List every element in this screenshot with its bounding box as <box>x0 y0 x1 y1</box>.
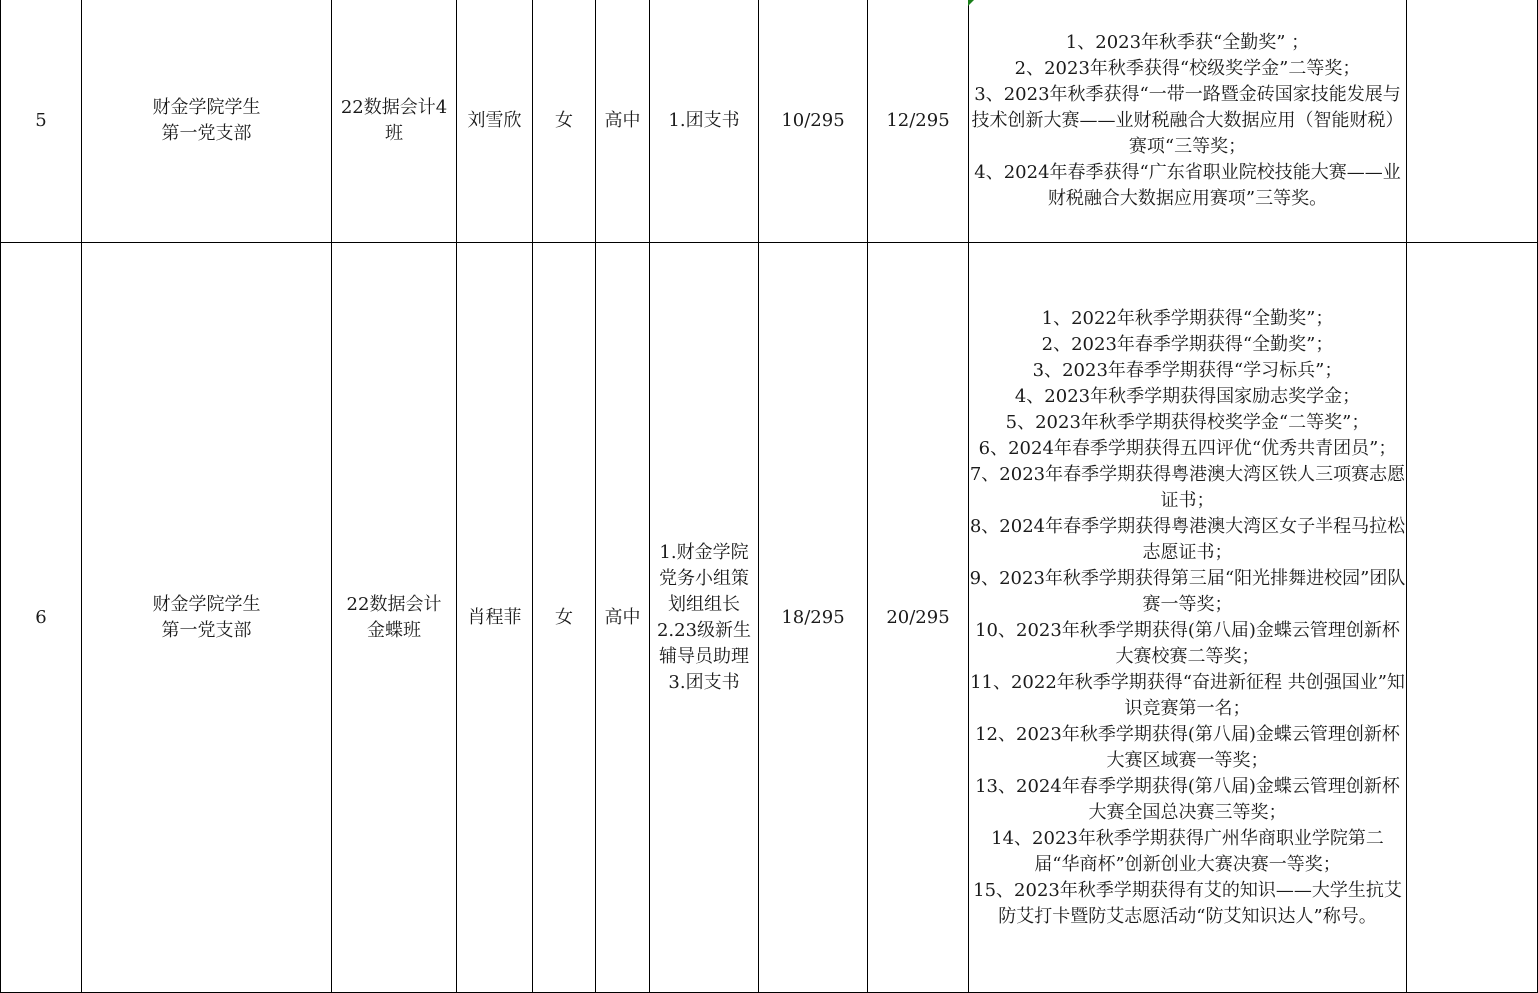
award-item: 4、2024年春季获得“广东省职业院校技能大赛——业财税融合大数据应用赛项”三等… <box>969 160 1406 212</box>
award-item: 14、2023年秋季学期获得广州华商职业学院第二届“华商杯”创新创业大赛决赛一等… <box>969 826 1406 878</box>
award-item: 10、2023年秋季学期获得(第八届)金蝶云管理创新杯大赛校赛二等奖； <box>969 618 1406 670</box>
cell-awards[interactable]: 1、2023年秋季获“全勤奖” ； 2、2023年秋季获得“校级奖学金”二等奖；… <box>969 0 1407 243</box>
award-item: 15、2023年秋季学期获得有艾的知识——大学生抗艾防艾打卡暨防艾志愿活动“防艾… <box>969 878 1406 930</box>
award-item: 8、2024年春季学期获得粤港澳大湾区女子半程马拉松志愿证书； <box>969 514 1406 566</box>
award-item: 2、2023年春季学期获得“全勤奖”； <box>969 332 1406 358</box>
award-item: 1、2022年秋季学期获得“全勤奖”； <box>969 306 1406 332</box>
cell-branch[interactable]: 财金学院学生 第一党支部 <box>82 243 332 993</box>
cell-branch[interactable]: 财金学院学生 第一党支部 <box>82 0 332 243</box>
cell-remark[interactable] <box>1407 0 1538 243</box>
cell-positions[interactable]: 1.团支书 <box>650 0 759 243</box>
cell-name[interactable]: 肖程菲 <box>457 243 533 993</box>
award-item: 12、2023年秋季学期获得(第八届)金蝶云管理创新杯大赛区域赛一等奖； <box>969 722 1406 774</box>
award-item: 6、2024年春季学期获得五四评优“优秀共青团员”； <box>969 436 1406 462</box>
cell-class[interactable]: 22数据会计 金蝶班 <box>332 243 457 993</box>
award-item: 4、2023年秋季学期获得国家励志奖学金； <box>969 384 1406 410</box>
cell-rank-a[interactable]: 10/295 <box>759 0 868 243</box>
cell-gender[interactable]: 女 <box>533 0 596 243</box>
award-item: 3、2023年春季学期获得“学习标兵”； <box>969 358 1406 384</box>
award-item: 1、2023年秋季获“全勤奖” ； <box>969 30 1406 56</box>
cell-rank-a[interactable]: 18/295 <box>759 243 868 993</box>
award-item: 9、2023年秋季学期获得第三届“阳光排舞进校园”团队赛一等奖； <box>969 566 1406 618</box>
cell-rank-b[interactable]: 20/295 <box>868 243 969 993</box>
award-item: 5、2023年秋季学期获得校奖学金“二等奖”； <box>969 410 1406 436</box>
award-item: 11、2022年秋季学期获得“奋进新征程 共创强国业”知识竞赛第一名； <box>969 670 1406 722</box>
cell-gender[interactable]: 女 <box>533 243 596 993</box>
cell-name[interactable]: 刘雪欣 <box>457 0 533 243</box>
cell-index[interactable]: 6 <box>1 243 82 993</box>
award-item: 3、2023年秋季获得“一带一路暨金砖国家技能发展与技术创新大赛——业财税融合大… <box>969 82 1406 160</box>
award-item: 7、2023年春季学期获得粤港澳大湾区铁人三项赛志愿证书； <box>969 462 1406 514</box>
cell-education[interactable]: 高中 <box>596 0 650 243</box>
cell-index[interactable]: 5 <box>1 0 82 243</box>
comment-indicator-icon <box>968 0 974 6</box>
cell-education[interactable]: 高中 <box>596 243 650 993</box>
table-row: 6 财金学院学生 第一党支部 22数据会计 金蝶班 肖程菲 女 高中 1.财金学… <box>1 243 1538 993</box>
cell-remark[interactable] <box>1407 243 1538 993</box>
award-item: 13、2024年春季学期获得(第八届)金蝶云管理创新杯大赛全国总决赛三等奖； <box>969 774 1406 826</box>
table-row: 5 财金学院学生 第一党支部 22数据会计4 班 刘雪欣 女 高中 1.团支书 … <box>1 0 1538 243</box>
spreadsheet-table: 5 财金学院学生 第一党支部 22数据会计4 班 刘雪欣 女 高中 1.团支书 … <box>0 0 1538 993</box>
cell-class[interactable]: 22数据会计4 班 <box>332 0 457 243</box>
award-item: 2、2023年秋季获得“校级奖学金”二等奖； <box>969 56 1406 82</box>
cell-positions[interactable]: 1.财金学院 党务小组策 划组组长 2.23级新生 辅导员助理 3.团支书 <box>650 243 759 993</box>
cell-rank-b[interactable]: 12/295 <box>868 0 969 243</box>
cell-awards[interactable]: 1、2022年秋季学期获得“全勤奖”； 2、2023年春季学期获得“全勤奖”； … <box>969 243 1407 993</box>
